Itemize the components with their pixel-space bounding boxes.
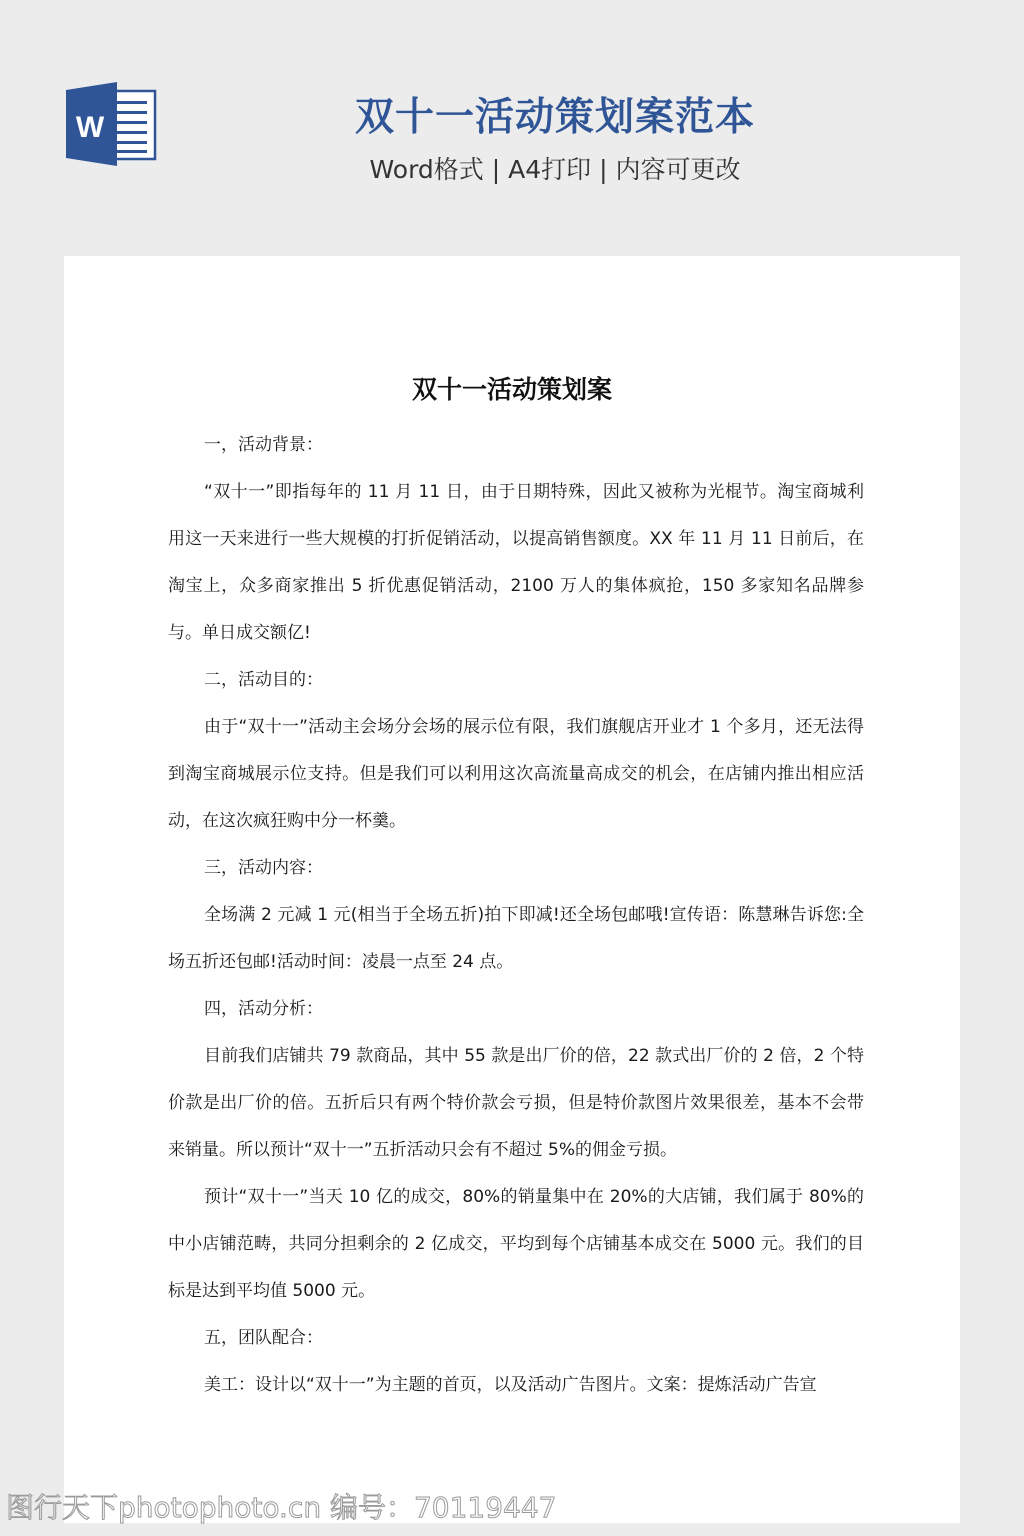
word-document-icon: W <box>65 82 157 166</box>
document-body: 一，活动背景： “双十一”即指每年的 11 月 11 日，由于日期特殊，因此又被… <box>168 422 864 1409</box>
paragraph-analysis-1: 目前我们店铺共 79 款商品，其中 55 款是出厂价的倍，22 款式出厂价的 2… <box>168 1033 864 1174</box>
watermark: 图行天下photophoto.cn 编号：70119447 <box>6 1490 557 1526</box>
section-heading-background: 一，活动背景： <box>168 422 864 469</box>
paragraph-background: “双十一”即指每年的 11 月 11 日，由于日期特殊，因此又被称为光棍节。淘宝… <box>168 469 864 657</box>
document-title: 双十一活动策划案 <box>64 372 960 408</box>
paragraph-analysis-2: 预计“双十一”当天 10 亿的成交，80%的销量集中在 20%的大店铺，我们属于… <box>168 1174 864 1315</box>
header-title: 双十一活动策划案范本 <box>320 92 790 144</box>
header-subtitle: Word格式 | A4打印 | 内容可更改 <box>320 152 790 188</box>
section-heading-content: 三，活动内容： <box>168 845 864 892</box>
paragraph-content: 全场满 2 元减 1 元(相当于全场五折)拍下即减!还全场包邮哦!宣传语：陈慧琳… <box>168 892 864 986</box>
document-page: 双十一活动策划案 一，活动背景： “双十一”即指每年的 11 月 11 日，由于… <box>64 256 960 1523</box>
paragraph-purpose: 由于“双十一”活动主会场分会场的展示位有限，我们旗舰店开业才 1 个多月，还无法… <box>168 704 864 845</box>
svg-text:W: W <box>76 111 105 144</box>
section-heading-team: 五，团队配合： <box>168 1315 864 1362</box>
paragraph-team: 美工：设计以“双十一”为主题的首页，以及活动广告图片。文案：提炼活动广告宣 <box>168 1362 864 1409</box>
section-heading-analysis: 四，活动分析： <box>168 986 864 1033</box>
header: W 双十一活动策划案范本 Word格式 | A4打印 | 内容可更改 <box>0 0 1024 256</box>
section-heading-purpose: 二，活动目的： <box>168 657 864 704</box>
